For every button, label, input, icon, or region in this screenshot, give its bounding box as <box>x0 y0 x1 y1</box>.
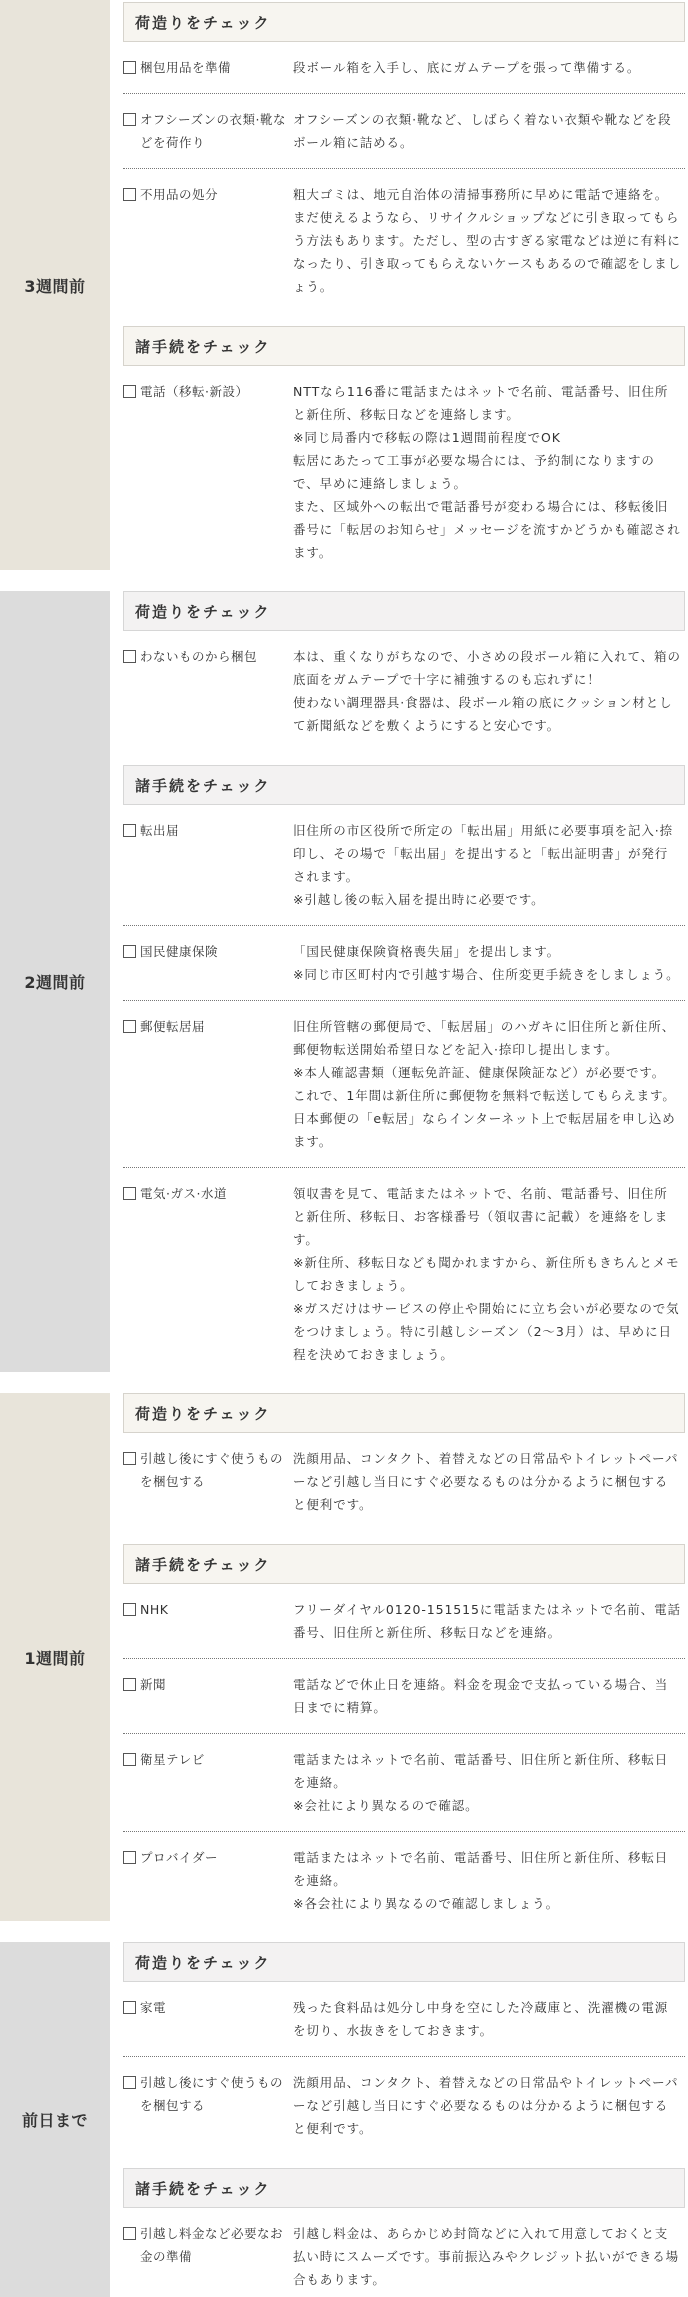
period-label: 1週間前 <box>0 1393 110 1921</box>
checklist-item-label: 国民健康保険 <box>140 940 224 963</box>
checklist-item: 衛星テレビ 電話またはネットで名前、電話番号、旧住所と新住所、移転日を連絡。 ※… <box>123 1734 685 1832</box>
checklist-item-description: オフシーズンの衣類·靴など、しばらく着ない衣類や靴などを段ボール箱に詰める。 <box>293 108 685 154</box>
unchecked-checkbox-icon[interactable] <box>123 650 136 663</box>
task-group-title: 荷造りをチェック <box>123 591 685 631</box>
task-list: 転出届 旧住所の市区役所で所定の「転出届」用紙に必要事項を記入·捺印し、その場で… <box>123 805 685 1368</box>
task-list: 引越し料金など必要なお金の準備 引越し料金は、あらかじめ封筒などに入れて用意して… <box>123 2208 685 2293</box>
unchecked-checkbox-icon[interactable] <box>123 1753 136 1766</box>
checklist-item-checkbox-label[interactable]: 衛星テレビ <box>123 1748 293 1817</box>
period-body: 荷造りをチェック 引越し後にすぐ使うものを梱包する 洗顔用品、コンタクト、着替え… <box>123 1393 685 1921</box>
checklist-item-checkbox-label[interactable]: 電気·ガス·水道 <box>123 1182 293 1366</box>
task-list: わないものから梱包 本は、重くなりがちなので、小さめの段ボール箱に入れて、箱の底… <box>123 631 685 739</box>
checklist-item-description: 領収書を見て、電話またはネットで、名前、電話番号、旧住所と新住所、移転日、お客様… <box>293 1182 685 1366</box>
checklist-item-description: 洗顔用品、コンタクト、着替えなどの日常品やトイレットペーパーなど引越し当日にすぐ… <box>293 1447 685 1516</box>
period-label: 2週間前 <box>0 591 110 1372</box>
checklist-item-checkbox-label[interactable]: 電話（移転·新設） <box>123 380 293 564</box>
task-group: 諸手続をチェック 電話（移転·新設） NTTなら116番に電話またはネットで名前… <box>123 326 685 566</box>
checklist-item-label: NHK <box>140 1598 174 1621</box>
checklist-item-label: 新聞 <box>140 1673 172 1696</box>
unchecked-checkbox-icon[interactable] <box>123 1452 136 1465</box>
unchecked-checkbox-icon[interactable] <box>123 2076 136 2089</box>
checklist-item-description: 電話などで休止日を連絡。料金を現金で支払っている場合、当日までに精算。 <box>293 1673 685 1719</box>
checklist-item: 梱包用品を準備 段ボール箱を入手し、底にガムテープを張って準備する。 <box>123 42 685 94</box>
unchecked-checkbox-icon[interactable] <box>123 1678 136 1691</box>
checklist-item-description: 電話またはネットで名前、電話番号、旧住所と新住所、移転日を連絡。 ※会社により異… <box>293 1748 685 1817</box>
task-group: 荷造りをチェック 梱包用品を準備 段ボール箱を入手し、底にガムテープを張って準備… <box>123 2 685 300</box>
checklist-item: 家電 残った食料品は処分し中身を空にした冷蔵庫と、洗濯機の電源を切り、水抜きをし… <box>123 1982 685 2057</box>
checklist-item: プロバイダー 電話またはネットで名前、電話番号、旧住所と新住所、移転日を連絡。 … <box>123 1832 685 1917</box>
checklist-item-description: 残った食料品は処分し中身を空にした冷蔵庫と、洗濯機の電源を切り、水抜きをしておき… <box>293 1996 685 2042</box>
checklist-item: 引越し後にすぐ使うものを梱包する 洗顔用品、コンタクト、着替えなどの日常品やトイ… <box>123 2057 685 2142</box>
checklist-item-checkbox-label[interactable]: オフシーズンの衣類·靴などを荷作り <box>123 108 293 154</box>
checklist-item-description: 洗顔用品、コンタクト、着替えなどの日常品やトイレットペーパーなど引越し当日にすぐ… <box>293 2071 685 2140</box>
period-section-2: 2週間前 荷造りをチェック わないものから梱包 本は、重くなりがちなので、小さめ… <box>0 591 688 1372</box>
checklist-item: NHK フリーダイヤル0120-151515に電話またはネットで名前、電話番号、… <box>123 1584 685 1659</box>
checklist-item: 引越し後にすぐ使うものを梱包する 洗顔用品、コンタクト、着替えなどの日常品やトイ… <box>123 1433 685 1518</box>
checklist-item-checkbox-label[interactable]: わないものから梱包 <box>123 645 293 737</box>
task-list: 梱包用品を準備 段ボール箱を入手し、底にガムテープを張って準備する。 オフシーズ… <box>123 42 685 300</box>
unchecked-checkbox-icon[interactable] <box>123 1851 136 1864</box>
period-body: 荷造りをチェック 梱包用品を準備 段ボール箱を入手し、底にガムテープを張って準備… <box>123 0 685 570</box>
task-list: NHK フリーダイヤル0120-151515に電話またはネットで名前、電話番号、… <box>123 1584 685 1917</box>
checklist-item-label: 梱包用品を準備 <box>140 56 237 79</box>
task-list: 電話（移転·新設） NTTなら116番に電話またはネットで名前、電話番号、旧住所… <box>123 366 685 566</box>
checklist-item: わないものから梱包 本は、重くなりがちなので、小さめの段ボール箱に入れて、箱の底… <box>123 631 685 739</box>
checklist-item-checkbox-label[interactable]: 引越し後にすぐ使うものを梱包する <box>123 2071 293 2140</box>
unchecked-checkbox-icon[interactable] <box>123 1020 136 1033</box>
task-group: 荷造りをチェック わないものから梱包 本は、重くなりがちなので、小さめの段ボール… <box>123 591 685 739</box>
checklist-item: 新聞 電話などで休止日を連絡。料金を現金で支払っている場合、当日までに精算。 <box>123 1659 685 1734</box>
task-group: 荷造りをチェック 引越し後にすぐ使うものを梱包する 洗顔用品、コンタクト、着替え… <box>123 1393 685 1518</box>
checklist-item-label: 引越し後にすぐ使うものを梱包する <box>140 2071 293 2117</box>
task-group: 荷造りをチェック 家電 残った食料品は処分し中身を空にした冷蔵庫と、洗濯機の電源… <box>123 1942 685 2142</box>
checklist-item-description: 粗大ゴミは、地元自治体の清掃事務所に早めに電話で連絡を。まだ使えるようなら、リサ… <box>293 183 685 298</box>
unchecked-checkbox-icon[interactable] <box>123 188 136 201</box>
checklist-item-checkbox-label[interactable]: 国民健康保険 <box>123 940 293 986</box>
checklist-item: 郵便転居届 旧住所管轄の郵便局で、「転居届」のハガキに旧住所と新住所、郵便物転送… <box>123 1001 685 1168</box>
checklist-item-label: 転出届 <box>140 819 185 842</box>
checklist-item-description: 本は、重くなりがちなので、小さめの段ボール箱に入れて、箱の底面をガムテープで十字… <box>293 645 685 737</box>
checklist-item: 電気·ガス·水道 領収書を見て、電話またはネットで、名前、電話番号、旧住所と新住… <box>123 1168 685 1368</box>
task-list: 引越し後にすぐ使うものを梱包する 洗顔用品、コンタクト、着替えなどの日常品やトイ… <box>123 1433 685 1518</box>
period-body: 荷造りをチェック わないものから梱包 本は、重くなりがちなので、小さめの段ボール… <box>123 591 685 1372</box>
checklist-item-label: 不用品の処分 <box>140 183 224 206</box>
unchecked-checkbox-icon[interactable] <box>123 1187 136 1200</box>
task-group-title: 諸手続をチェック <box>123 765 685 805</box>
task-group: 諸手続をチェック 引越し料金など必要なお金の準備 引越し料金は、あらかじめ封筒な… <box>123 2168 685 2293</box>
checklist-item-label: 引越し料金など必要なお金の準備 <box>140 2222 293 2268</box>
checklist-item-checkbox-label[interactable]: 郵便転居届 <box>123 1015 293 1153</box>
checklist-item-label: 衛星テレビ <box>140 1748 211 1771</box>
task-group-title: 諸手続をチェック <box>123 1544 685 1584</box>
checklist-item-label: 引越し後にすぐ使うものを梱包する <box>140 1447 293 1493</box>
period-body: 荷造りをチェック 家電 残った食料品は処分し中身を空にした冷蔵庫と、洗濯機の電源… <box>123 1942 685 2297</box>
checklist-item-description: 「国民健康保険資格喪失届」を提出します。 ※同じ市区町村内で引越す場合、住所変更… <box>293 940 685 986</box>
checklist-item-description: NTTなら116番に電話またはネットで名前、電話番号、旧住所と新住所、移転日など… <box>293 380 685 564</box>
checklist-item-checkbox-label[interactable]: NHK <box>123 1598 293 1644</box>
checklist-item: オフシーズンの衣類·靴などを荷作り オフシーズンの衣類·靴など、しばらく着ない衣… <box>123 94 685 169</box>
checklist-item-checkbox-label[interactable]: 引越し後にすぐ使うものを梱包する <box>123 1447 293 1516</box>
checklist-item-description: 引越し料金は、あらかじめ封筒などに入れて用意しておくと支払い時にスムーズです。事… <box>293 2222 685 2291</box>
checklist-item-checkbox-label[interactable]: 家電 <box>123 1996 293 2042</box>
checklist-item-description: 旧住所の市区役所で所定の「転出届」用紙に必要事項を記入·捺印し、その場で「転出届… <box>293 819 685 911</box>
unchecked-checkbox-icon[interactable] <box>123 113 136 126</box>
checklist-item-checkbox-label[interactable]: 不用品の処分 <box>123 183 293 298</box>
checklist-item: 引越し料金など必要なお金の準備 引越し料金は、あらかじめ封筒などに入れて用意して… <box>123 2208 685 2293</box>
period-section-3: 1週間前 荷造りをチェック 引越し後にすぐ使うものを梱包する 洗顔用品、コンタク… <box>0 1393 688 1921</box>
task-group-title: 諸手続をチェック <box>123 2168 685 2208</box>
checklist-item-description: フリーダイヤル0120-151515に電話またはネットで名前、電話番号、旧住所と… <box>293 1598 685 1644</box>
unchecked-checkbox-icon[interactable] <box>123 945 136 958</box>
period-label: 3週間前 <box>0 0 110 570</box>
task-group: 諸手続をチェック 転出届 旧住所の市区役所で所定の「転出届」用紙に必要事項を記入… <box>123 765 685 1368</box>
checklist-item-description: 電話またはネットで名前、電話番号、旧住所と新住所、移転日を連絡。 ※各会社により… <box>293 1846 685 1915</box>
moving-checklist: 3週間前 荷造りをチェック 梱包用品を準備 段ボール箱を入手し、底にガムテープを… <box>0 0 688 2297</box>
checklist-item-label: 電話（移転·新設） <box>140 380 254 403</box>
period-label: 前日まで <box>0 1942 110 2297</box>
checklist-item-label: 電気·ガス·水道 <box>140 1182 233 1205</box>
checklist-item-description: 旧住所管轄の郵便局で、「転居届」のハガキに旧住所と新住所、郵便物転送開始希望日な… <box>293 1015 685 1153</box>
task-group-title: 荷造りをチェック <box>123 1942 685 1982</box>
checklist-item-label: プロバイダー <box>140 1846 224 1869</box>
unchecked-checkbox-icon[interactable] <box>123 61 136 74</box>
period-section-1: 3週間前 荷造りをチェック 梱包用品を準備 段ボール箱を入手し、底にガムテープを… <box>0 0 688 570</box>
checklist-item: 電話（移転·新設） NTTなら116番に電話またはネットで名前、電話番号、旧住所… <box>123 366 685 566</box>
unchecked-checkbox-icon[interactable] <box>123 2001 136 2014</box>
task-list: 家電 残った食料品は処分し中身を空にした冷蔵庫と、洗濯機の電源を切り、水抜きをし… <box>123 1982 685 2142</box>
unchecked-checkbox-icon[interactable] <box>123 824 136 837</box>
checklist-item: 国民健康保険 「国民健康保険資格喪失届」を提出します。 ※同じ市区町村内で引越す… <box>123 926 685 1001</box>
checklist-item: 不用品の処分 粗大ゴミは、地元自治体の清掃事務所に早めに電話で連絡を。まだ使える… <box>123 169 685 300</box>
checklist-item-checkbox-label[interactable]: 新聞 <box>123 1673 293 1719</box>
unchecked-checkbox-icon[interactable] <box>123 385 136 398</box>
period-section-4: 前日まで 荷造りをチェック 家電 残った食料品は処分し中身を空にした冷蔵庫と、洗… <box>0 1942 688 2297</box>
checklist-item-label: 郵便転居届 <box>140 1015 211 1038</box>
unchecked-checkbox-icon[interactable] <box>123 2227 136 2240</box>
checklist-item: 転出届 旧住所の市区役所で所定の「転出届」用紙に必要事項を記入·捺印し、その場で… <box>123 805 685 926</box>
checklist-item-checkbox-label[interactable]: 梱包用品を準備 <box>123 56 293 79</box>
checklist-item-checkbox-label[interactable]: プロバイダー <box>123 1846 293 1915</box>
task-group-title: 荷造りをチェック <box>123 2 685 42</box>
task-group: 諸手続をチェック NHK フリーダイヤル0120-151515に電話またはネット… <box>123 1544 685 1917</box>
checklist-item-description: 段ボール箱を入手し、底にガムテープを張って準備する。 <box>293 56 685 79</box>
task-group-title: 諸手続をチェック <box>123 326 685 366</box>
checklist-item-label: 家電 <box>140 1996 172 2019</box>
unchecked-checkbox-icon[interactable] <box>123 1603 136 1616</box>
checklist-item-checkbox-label[interactable]: 引越し料金など必要なお金の準備 <box>123 2222 293 2291</box>
checklist-item-checkbox-label[interactable]: 転出届 <box>123 819 293 911</box>
task-group-title: 荷造りをチェック <box>123 1393 685 1433</box>
checklist-item-label: オフシーズンの衣類·靴などを荷作り <box>140 108 293 154</box>
checklist-item-label: わないものから梱包 <box>140 645 263 668</box>
